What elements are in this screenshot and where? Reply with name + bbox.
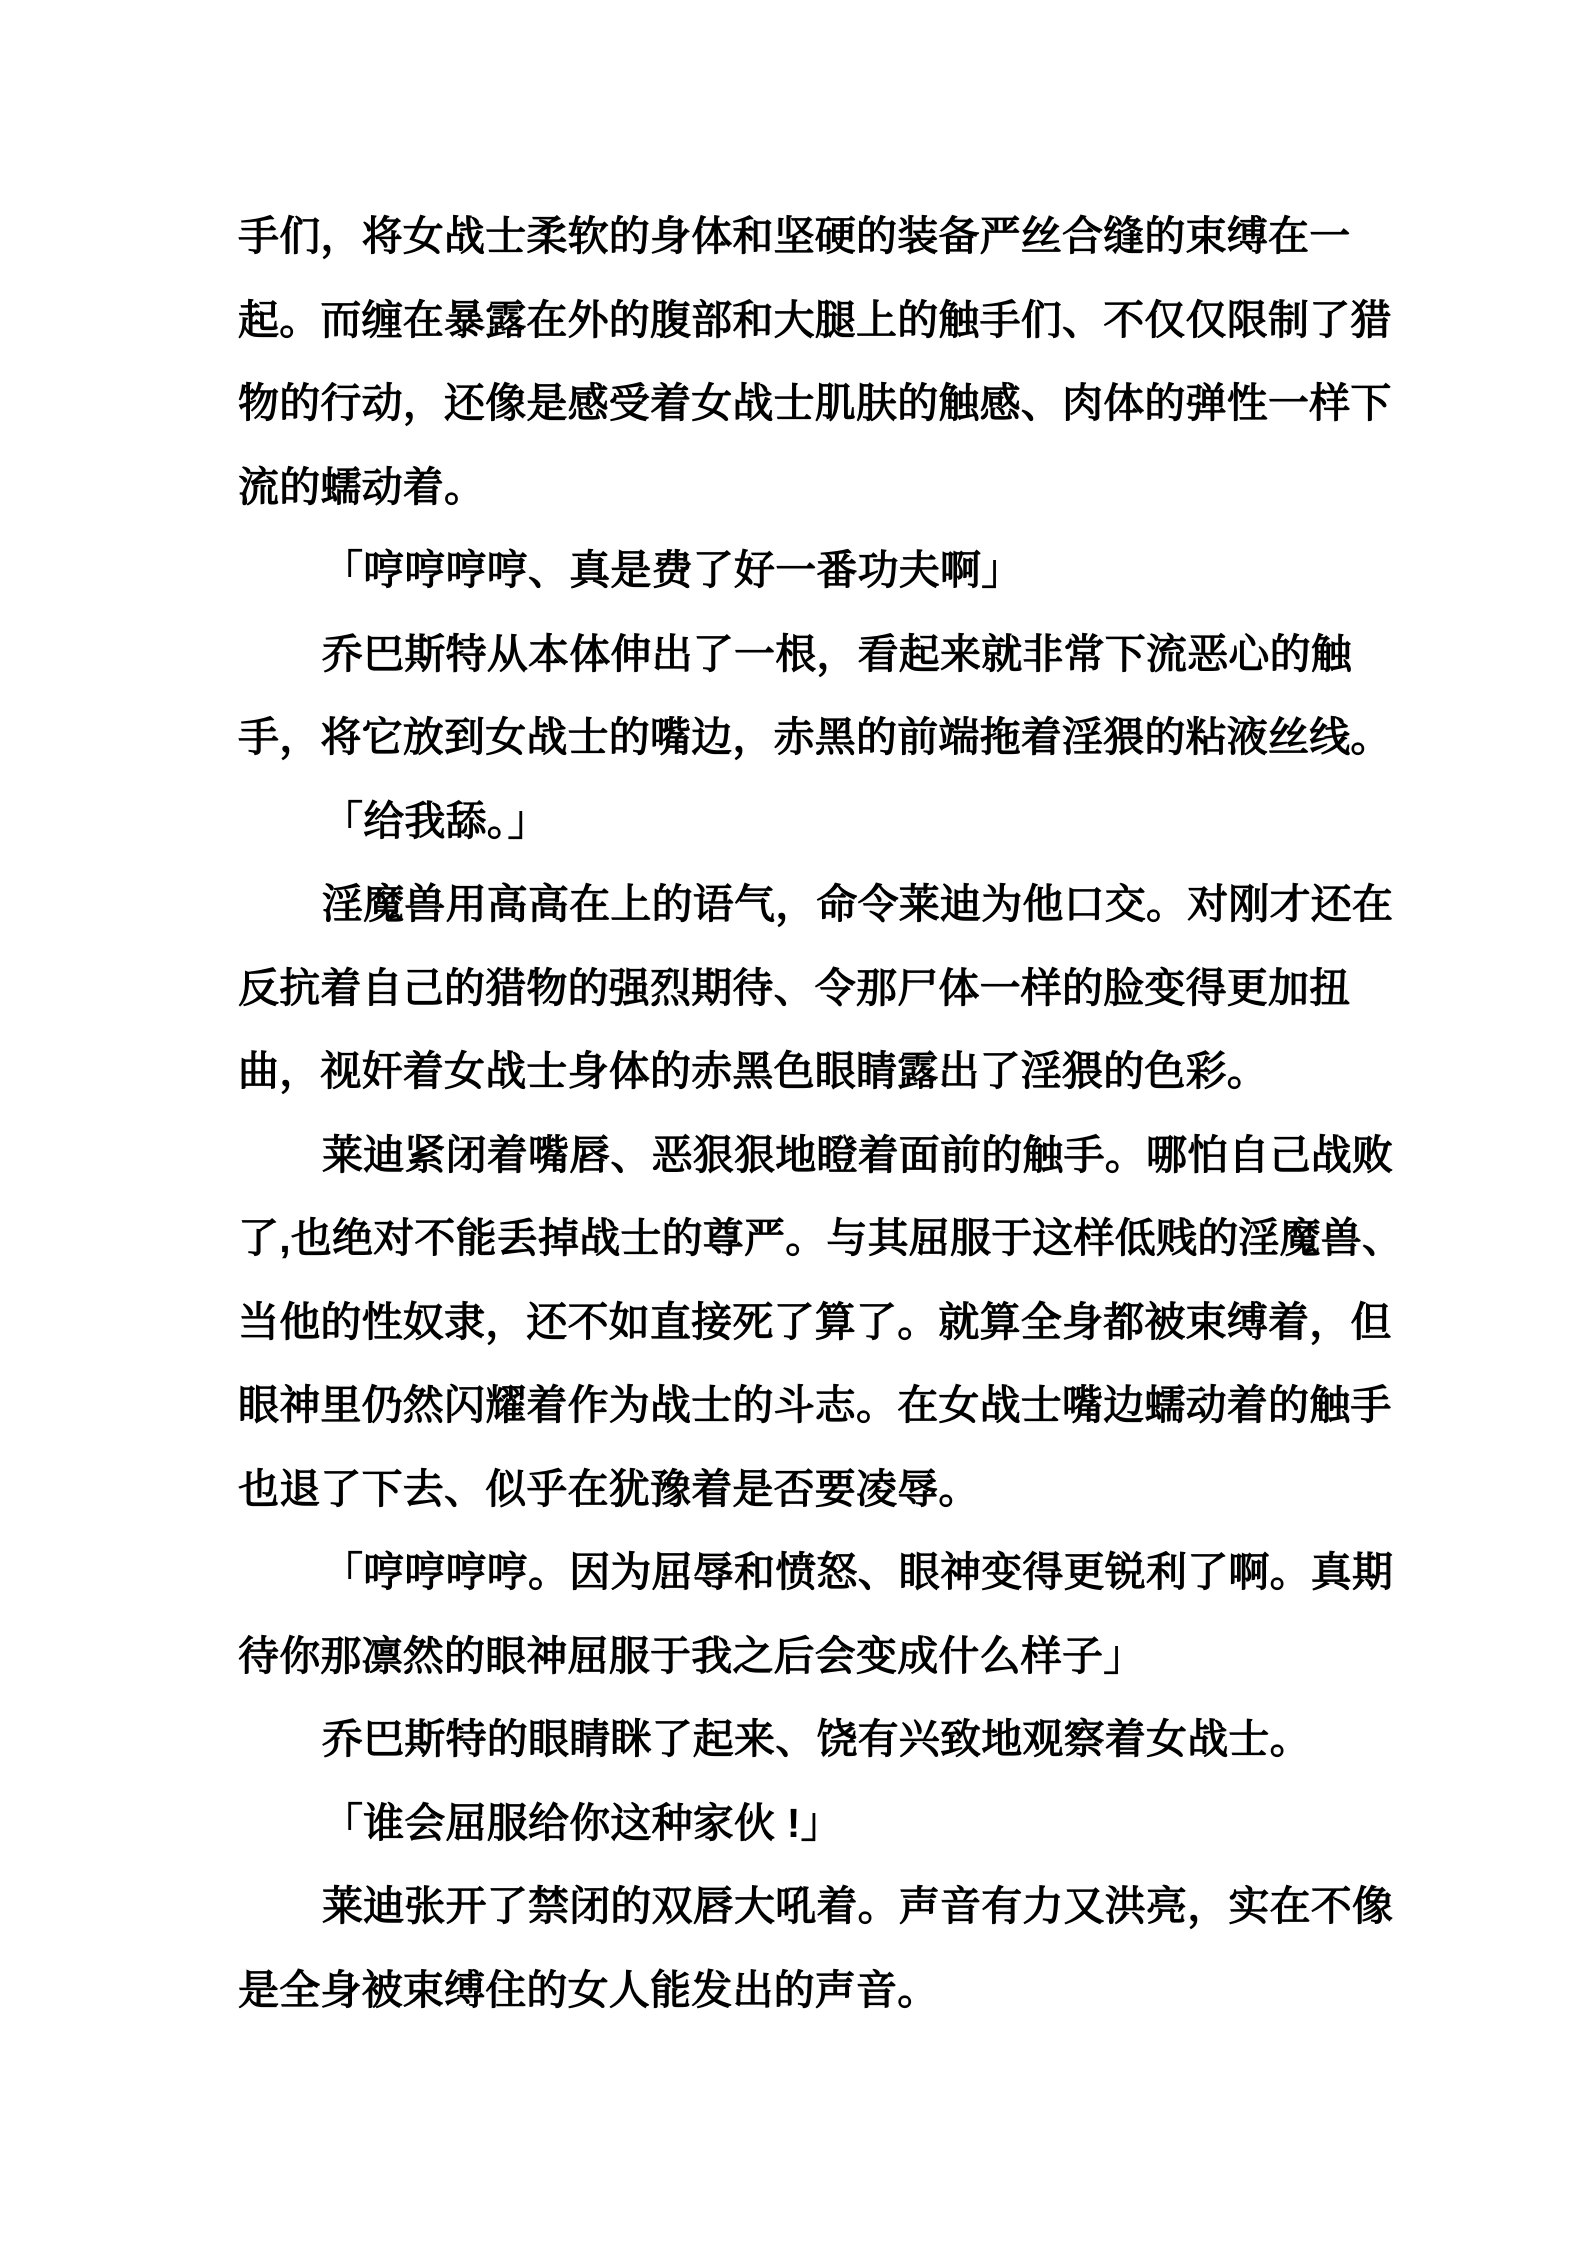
text-line: 手，将它放到女战士的嘴边，赤黑的前端拖着淫猥的粘液丝线。 — [238, 696, 1350, 780]
text-line: 淫魔兽用高高在上的语气，命令莱迪为他口交。对刚才还在 — [238, 863, 1350, 947]
text-line: 也退了下去、似乎在犹豫着是否要凌辱。 — [238, 1448, 1350, 1532]
text-line: 眼神里仍然闪耀着作为战士的斗志。在女战士嘴边蠕动着的触手 — [238, 1364, 1350, 1448]
text-line: 起。而缠在暴露在外的腹部和大腿上的触手们、不仅仅限制了猎 — [238, 279, 1350, 363]
text-line: 乔巴斯特的眼睛眯了起来、饶有兴致地观察着女战士。 — [238, 1698, 1350, 1782]
text-line: 反抗着自己的猎物的强烈期待、令那尸体一样的脸变得更加扭 — [238, 947, 1350, 1031]
text-line: 「谁会屈服给你这种家伙 !」 — [238, 1782, 1350, 1866]
text-line: 是全身被束缚住的女人能发出的声音。 — [238, 1949, 1350, 2033]
text-line: 手们，将女战士柔软的身体和坚硬的装备严丝合缝的束缚在一 — [238, 195, 1350, 279]
text-line: 流的蠕动着。 — [238, 446, 1350, 530]
text-line: 了,也绝对不能丢掉战士的尊严。与其屈服于这样低贱的淫魔兽、 — [238, 1197, 1350, 1281]
text-line: 莱迪张开了禁闭的双唇大吼着。声音有力又洪亮，实在不像 — [238, 1865, 1350, 1949]
text-line: 待你那凛然的眼神屈服于我之后会变成什么样子」 — [238, 1615, 1350, 1699]
text-line: 当他的性奴隶，还不如直接死了算了。就算全身都被束缚着，但 — [238, 1281, 1350, 1365]
text-line: 「给我舔。」 — [238, 780, 1350, 864]
text-line: 乔巴斯特从本体伸出了一根，看起来就非常下流恶心的触 — [238, 613, 1350, 697]
novel-page: 手们，将女战士柔软的身体和坚硬的装备严丝合缝的束缚在一起。而缠在暴露在外的腹部和… — [0, 0, 1587, 2245]
text-line: 物的行动，还像是感受着女战士肌肤的触感、肉体的弹性一样下 — [238, 362, 1350, 446]
text-line: 「哼哼哼哼。因为屈辱和愤怒、眼神变得更锐利了啊。真期 — [238, 1531, 1350, 1615]
text-block: 手们，将女战士柔软的身体和坚硬的装备严丝合缝的束缚在一起。而缠在暴露在外的腹部和… — [238, 195, 1350, 2032]
text-line: 曲，视奸着女战士身体的赤黑色眼睛露出了淫猥的色彩。 — [238, 1030, 1350, 1114]
text-line: 「哼哼哼哼、真是费了好一番功夫啊」 — [238, 529, 1350, 613]
text-line: 莱迪紧闭着嘴唇、恶狠狠地瞪着面前的触手。哪怕自己战败 — [238, 1114, 1350, 1198]
